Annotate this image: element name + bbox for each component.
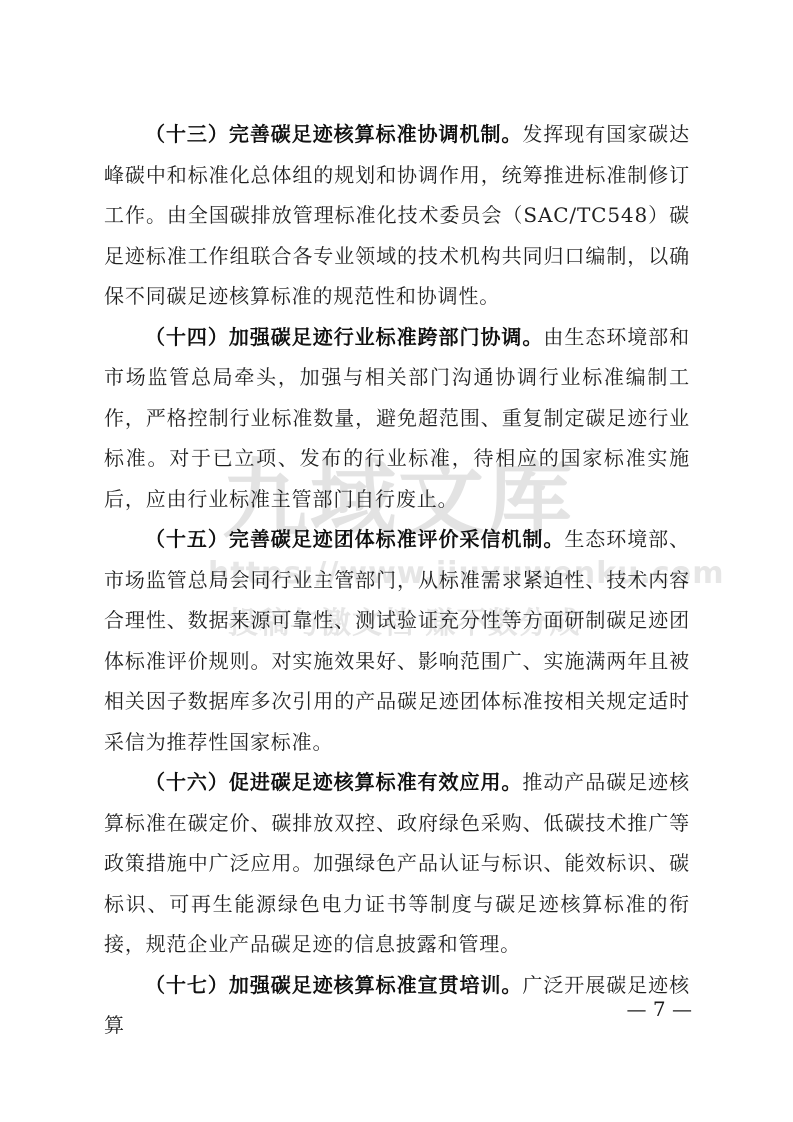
- paragraph-15: （十五）完善碳足迹团体标准评价采信机制。生态环境部、市场监管总局会同行业主管部门…: [104, 519, 690, 762]
- paragraph-heading: （十四）加强碳足迹行业标准跨部门协调。: [145, 325, 543, 349]
- paragraph-heading: （十七）加强碳足迹核算标准宣贯培训。: [145, 973, 522, 997]
- page-number: — 7 —: [616, 996, 692, 1022]
- paragraph-text: 推动产品碳足迹核算标准在碳定价、碳排放双控、政府绿色采购、低碳技术推广等政策措施…: [104, 770, 690, 956]
- paragraph-heading: （十六）促进碳足迹核算标准有效应用。: [145, 770, 522, 794]
- paragraph-heading: （十三）完善碳足迹核算标准协调机制。: [145, 122, 522, 146]
- paragraph-16: （十六）促进碳足迹核算标准有效应用。推动产品碳足迹核算标准在碳定价、碳排放双控、…: [104, 762, 690, 965]
- paragraph-heading: （十五）完善碳足迹团体标准评价采信机制。: [145, 527, 564, 551]
- document-page: 九域文库 https://www.jiuyuwenku.com 投稿与激文档 赚…: [0, 0, 793, 1122]
- paragraph-17: （十七）加强碳足迹核算标准宣贯培训。广泛开展碳足迹核算: [104, 965, 690, 1046]
- paragraph-text: 生态环境部、市场监管总局会同行业主管部门，从标准需求紧迫性、技术内容合理性、数据…: [104, 527, 690, 754]
- document-body: （十三）完善碳足迹核算标准协调机制。发挥现有国家碳达峰碳中和标准化总体组的规划和…: [104, 114, 690, 1046]
- paragraph-text: 由生态环境部和市场监管总局牵头，加强与相关部门沟通协调行业标准编制工作，严格控制…: [104, 325, 690, 511]
- paragraph-text: 发挥现有国家碳达峰碳中和标准化总体组的规划和协调作用，统筹推进标准制修订工作。由…: [104, 122, 690, 308]
- paragraph-14: （十四）加强碳足迹行业标准跨部门协调。由生态环境部和市场监管总局牵头，加强与相关…: [104, 317, 690, 520]
- paragraph-13: （十三）完善碳足迹核算标准协调机制。发挥现有国家碳达峰碳中和标准化总体组的规划和…: [104, 114, 690, 317]
